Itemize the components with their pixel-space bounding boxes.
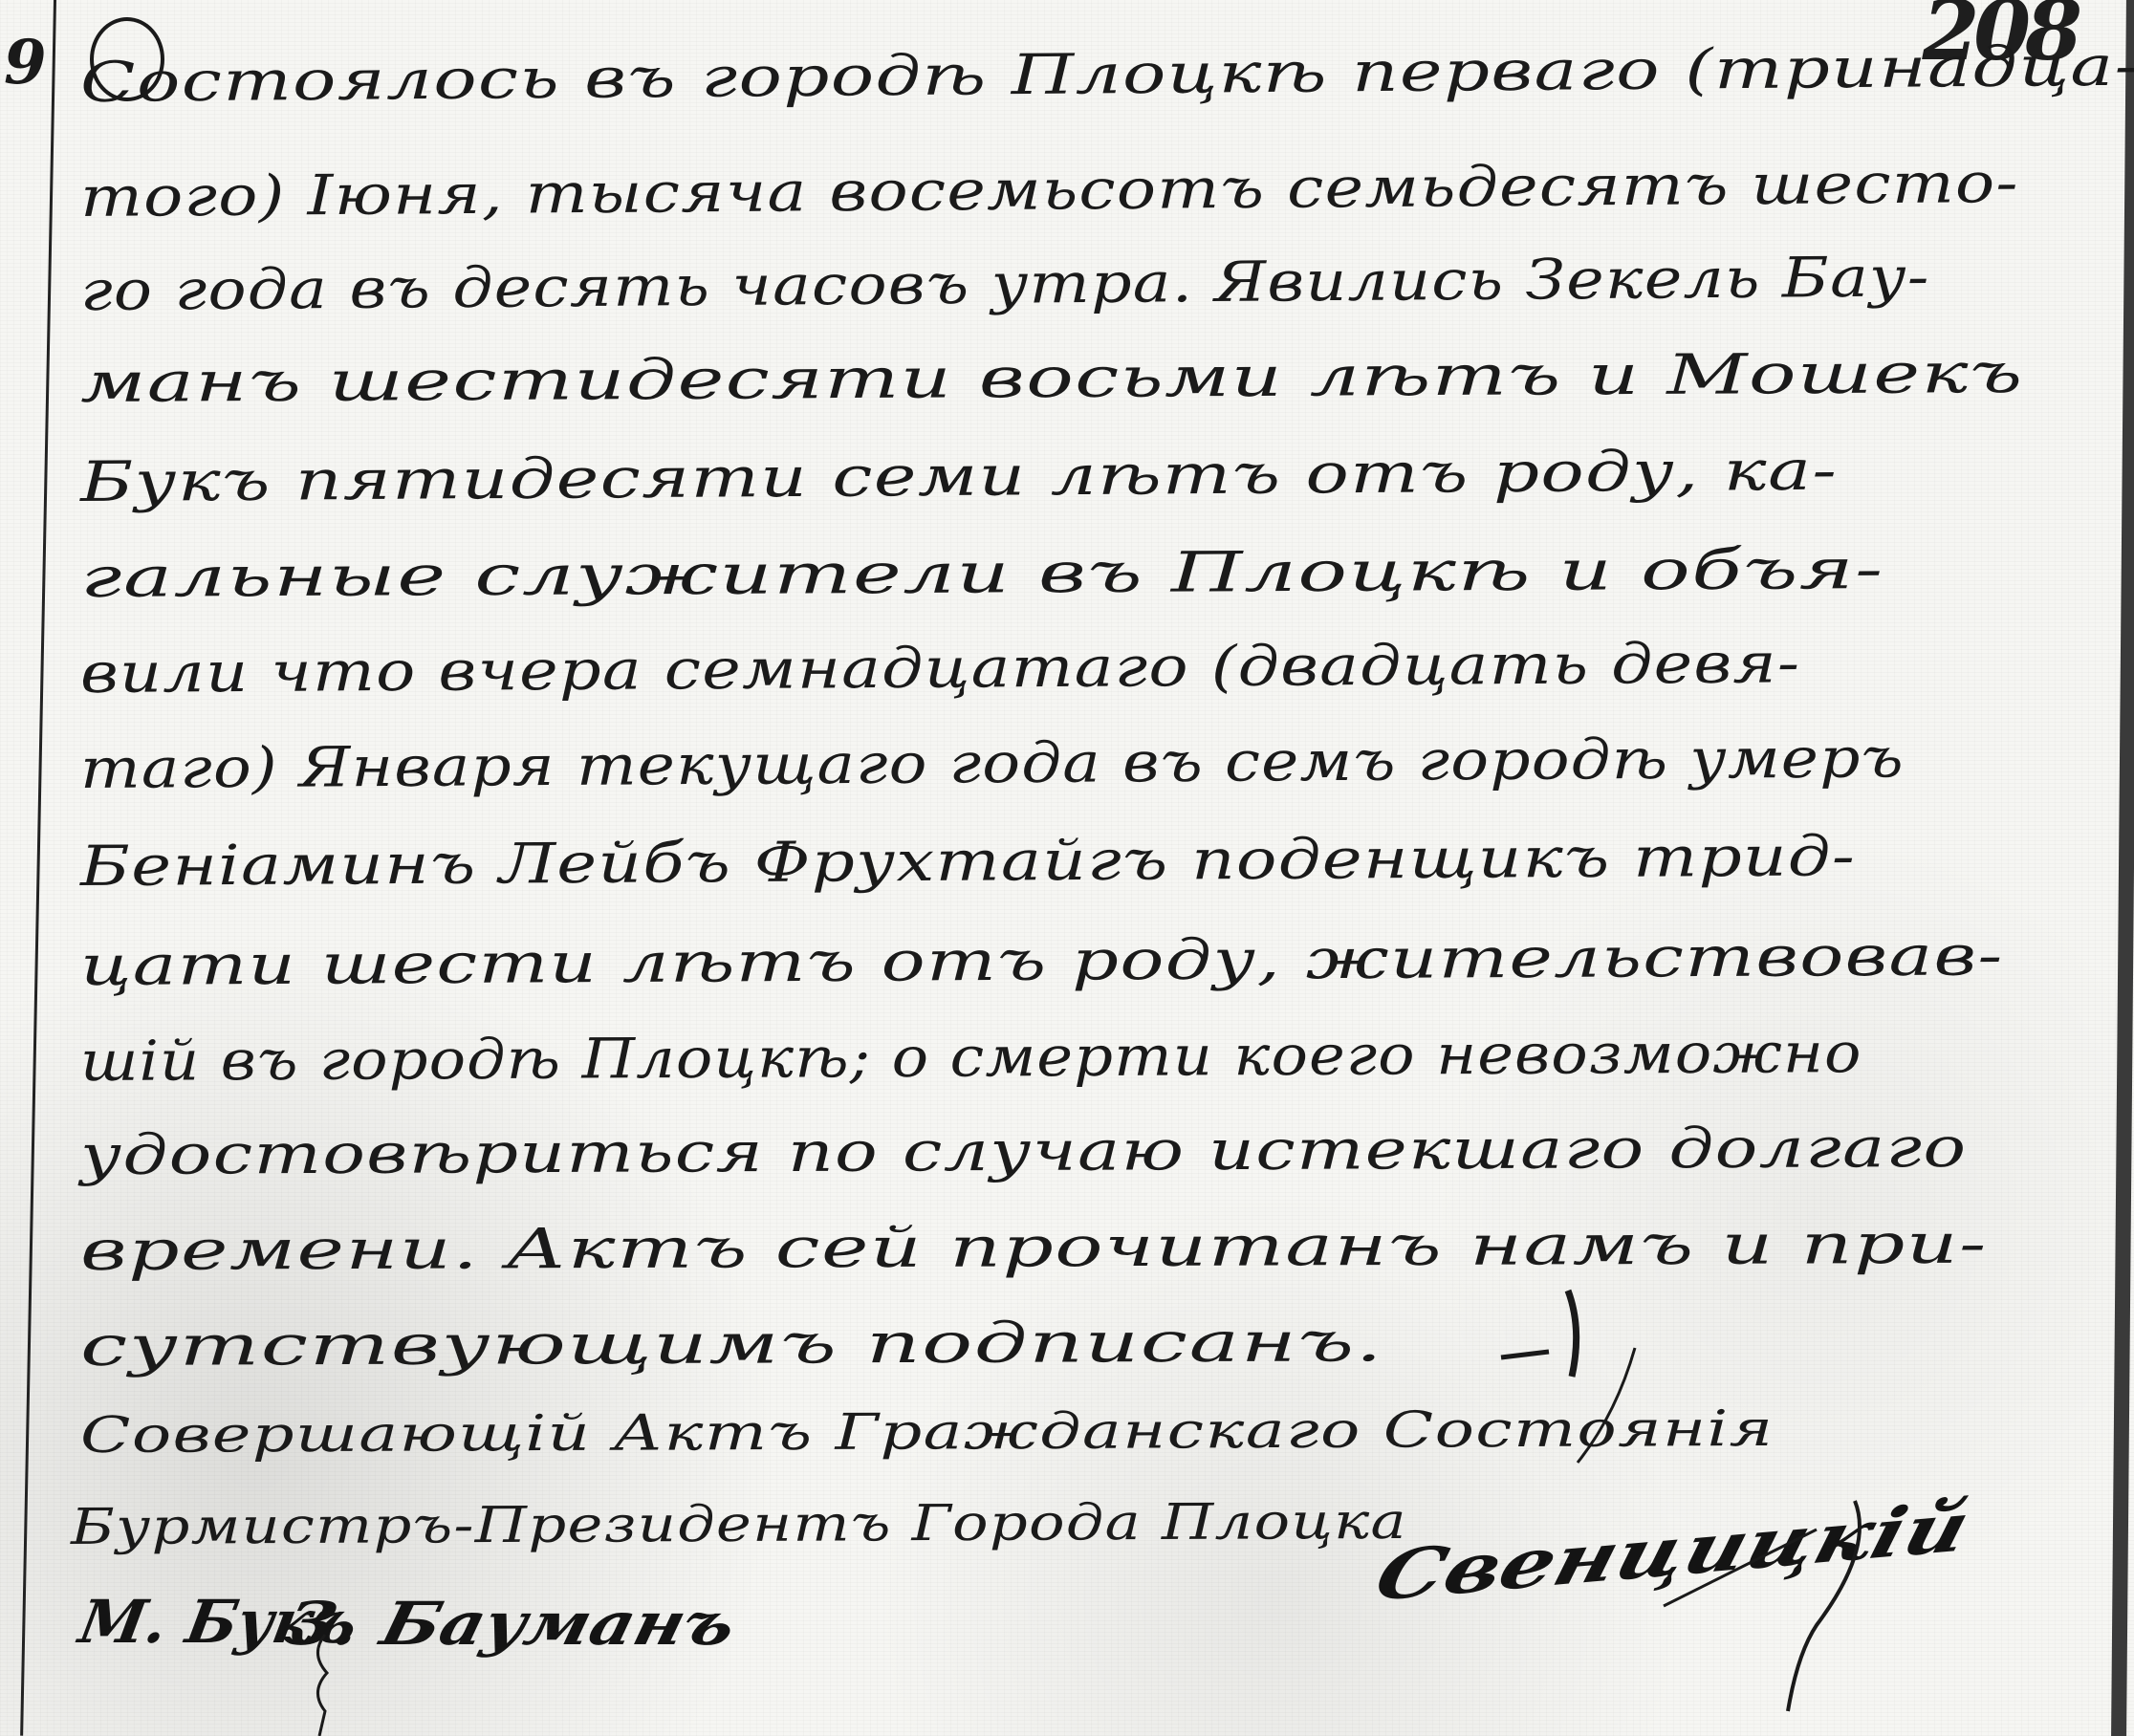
text-line-12: удостовѣриться по случаю истекшаго долга… — [80, 1115, 1968, 1187]
official-signature-underline-icon — [1625, 1491, 1912, 1736]
text-line-5: Букъ пятидесяти семи лѣтъ отъ роду, ка- — [80, 438, 1839, 514]
signature-line-2: Бурмистръ-Президентъ Города Плоцка — [71, 1493, 1407, 1556]
witness-2-signature: З. Бауманъ — [278, 1589, 743, 1659]
text-line-7: вили что вчера семнадцатаго (двадцать де… — [80, 630, 1801, 705]
text-line-6: гальные служители въ Плоцкѣ и объя- — [80, 536, 1884, 610]
text-line-9: Беніаминъ Лейбъ Фрухтайгъ поденщикъ трид… — [80, 823, 1857, 899]
text-line-4: манъ шестидесяти восьми лѣтъ и Мошекъ — [80, 340, 2024, 415]
witness-signature-bracket-icon — [306, 1635, 344, 1736]
text-line-11: шій въ городѣ Плоцкѣ; о смерти коего нев… — [80, 1020, 1862, 1094]
text-line-13: времени. Актъ сей прочитанъ намъ и при- — [80, 1211, 1988, 1283]
entry-number: 9 — [4, 27, 47, 98]
signature-line-1: Совершающій Актъ Гражданскаго Состоянія — [80, 1400, 1775, 1465]
text-line-10: цати шести лѣтъ отъ роду, жительствовав- — [80, 922, 2004, 998]
text-line-8: таго) Января текущаго года въ семъ город… — [80, 725, 1905, 801]
text-line-14: сутствующимъ подписанъ. — [80, 1309, 1384, 1378]
